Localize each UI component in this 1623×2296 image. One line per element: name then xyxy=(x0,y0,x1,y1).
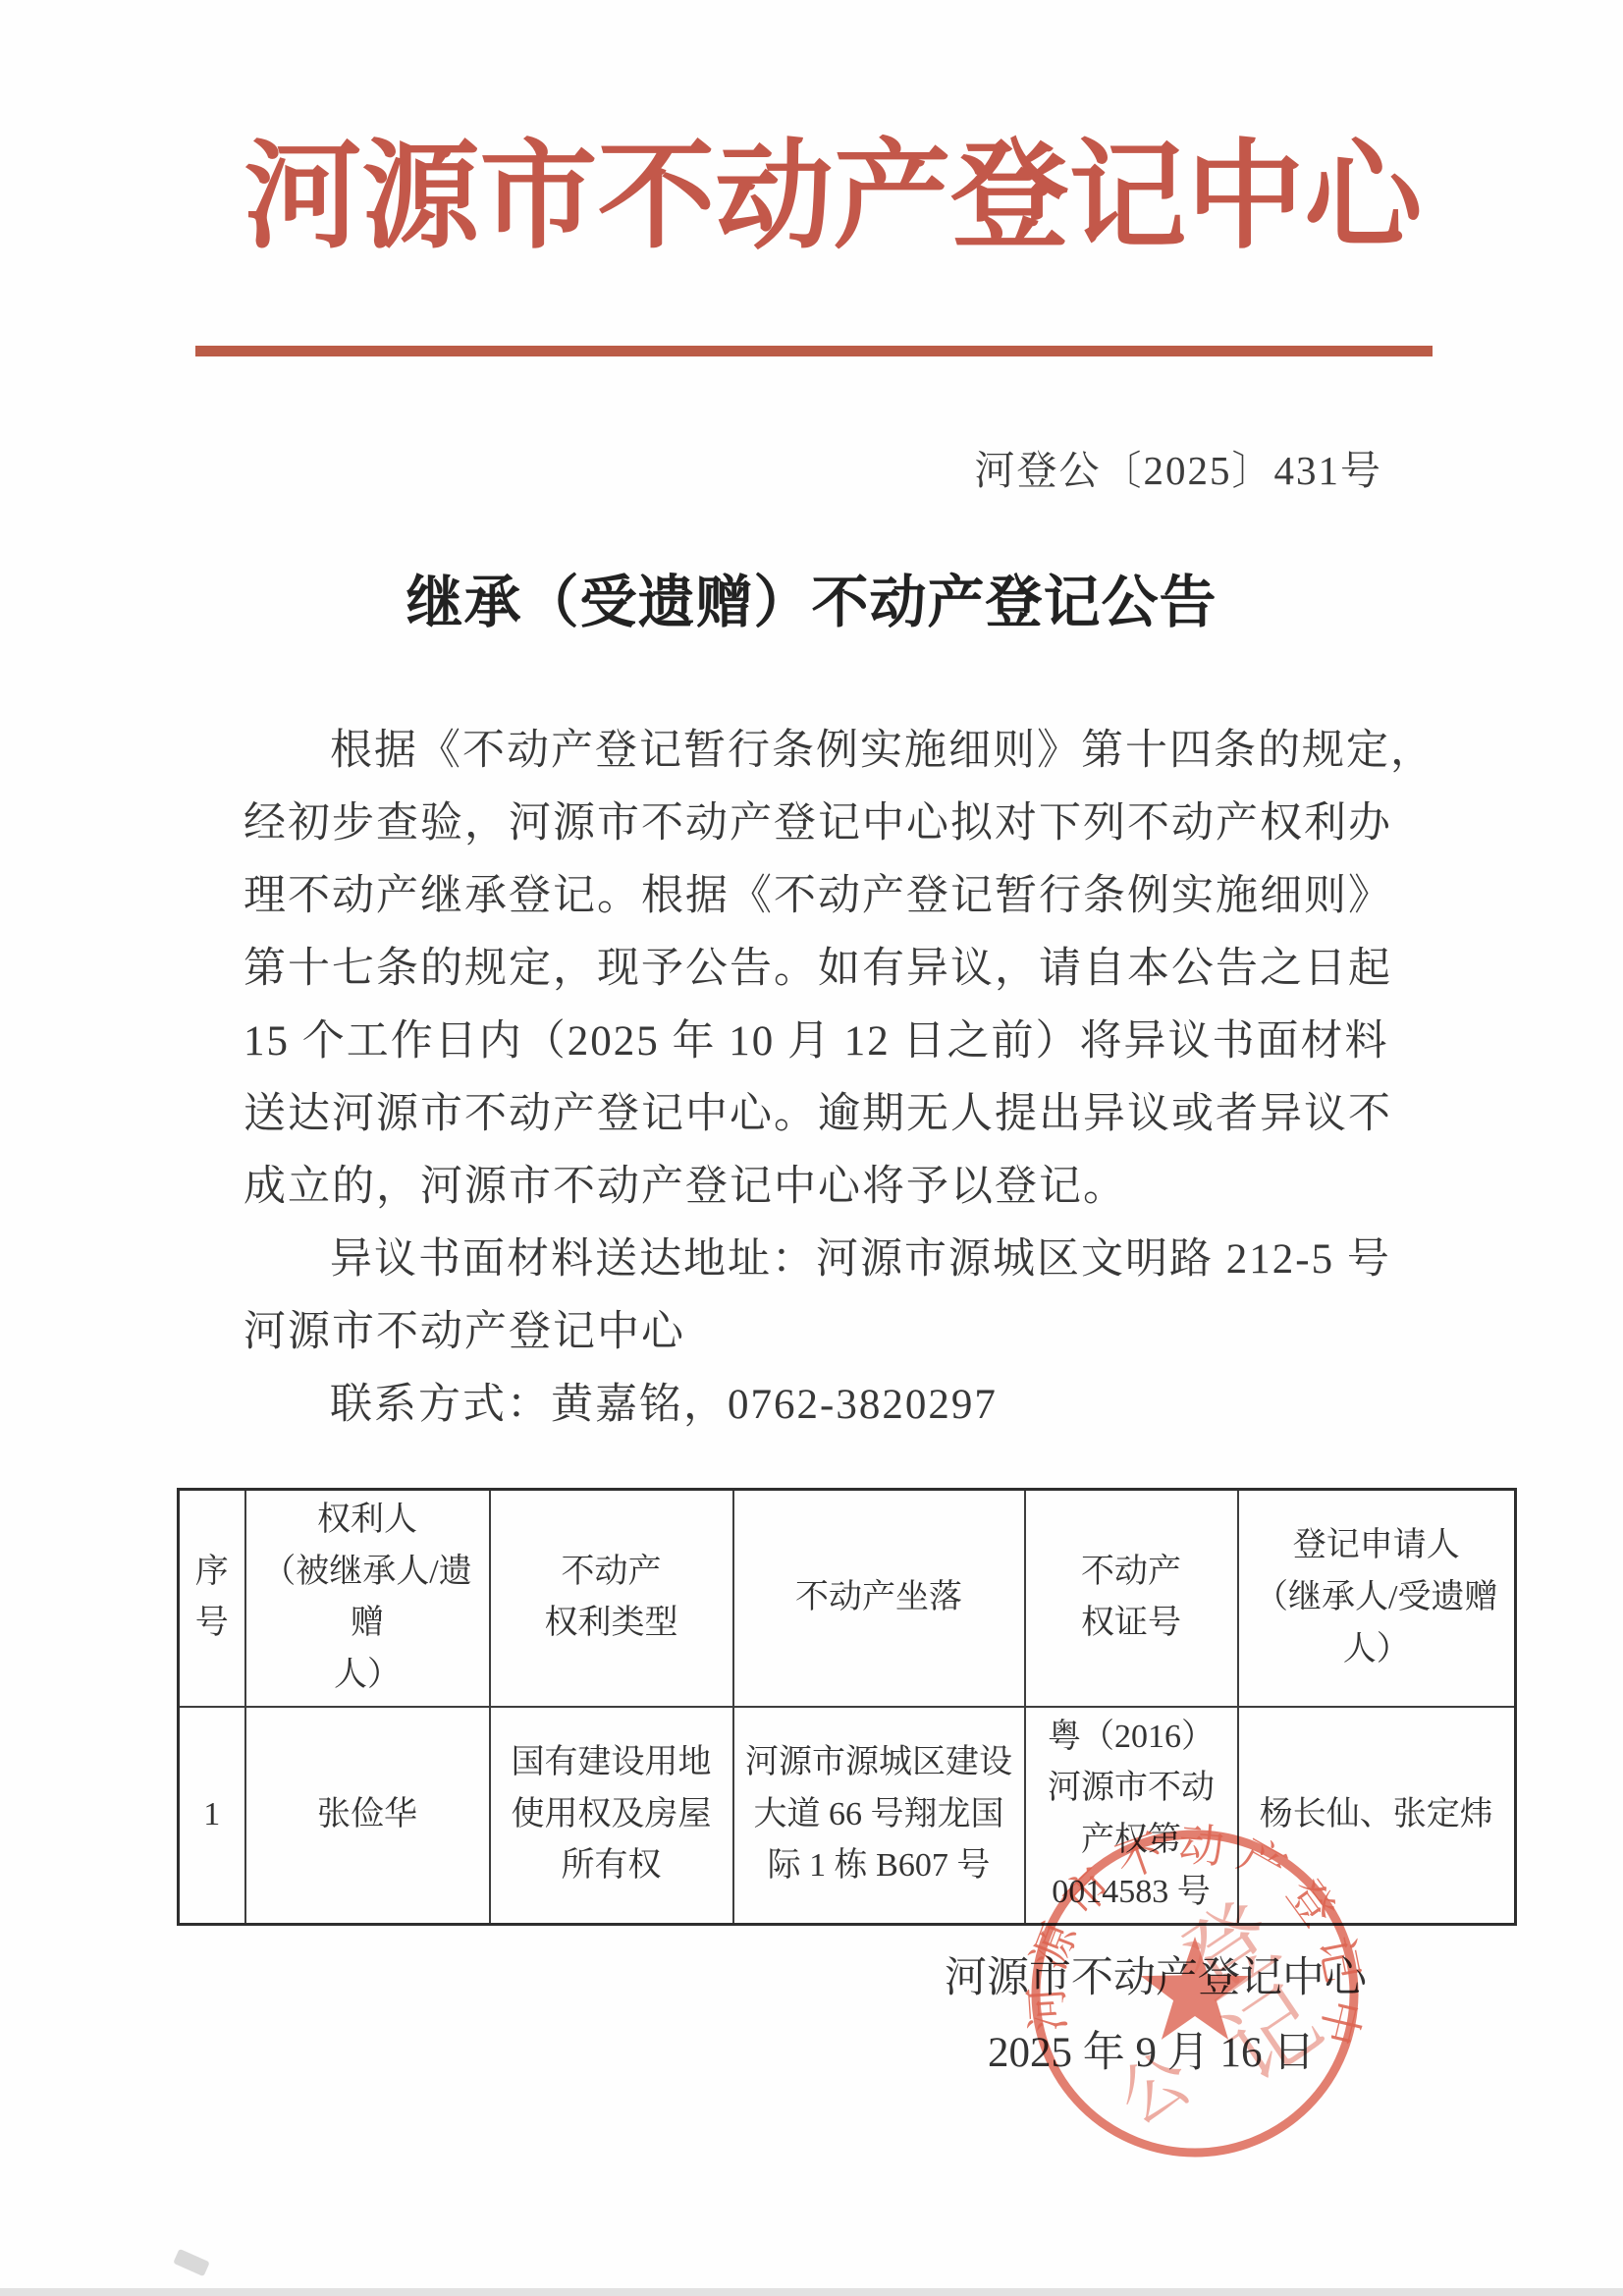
table-header-row: 序号 权利人 （被继承人/遗赠 人） 不动产 权利类型 不动产坐落 不动产 权证… xyxy=(179,1490,1516,1707)
cell-seq: 1 xyxy=(179,1707,245,1924)
table-row: 1 张俭华 国有建设用地 使用权及房屋 所有权 河源市源城区建设 大道 66 号… xyxy=(179,1707,1516,1924)
table-header-location: 不动产坐落 xyxy=(733,1490,1025,1707)
body-line: 理不动产继承登记。根据《不动产登记暂行条例实施细则》 xyxy=(243,860,1392,933)
letterhead-title: 河源市不动产登记中心 xyxy=(22,136,1623,259)
table-header-right-holder: 权利人 （被继承人/遗赠 人） xyxy=(245,1490,490,1707)
table-header-seq: 序号 xyxy=(179,1490,245,1707)
cell-cert-no: 粤（2016） 河源市不动 产权第 0014583 号 xyxy=(1025,1707,1238,1924)
cell-location: 河源市源城区建设 大道 66 号翔龙国 际 1 栋 B607 号 xyxy=(733,1707,1025,1924)
document-page: 河源市不动产登记中心 河登公〔2025〕431号 继承（受遗赠）不动产登记公告 … xyxy=(0,0,1623,2296)
cell-right-type: 国有建设用地 使用权及房屋 所有权 xyxy=(490,1707,733,1924)
body-line: 第十七条的规定，现予公告。如有异议，请自本公告之日起 xyxy=(243,933,1392,1006)
notice-title: 继承（受遗赠）不动产登记公告 xyxy=(0,556,1623,638)
body-line: 联系方式：黄嘉铭，0762-3820297 xyxy=(243,1369,1392,1442)
body-line: 异议书面材料送达地址：河源市源城区文明路 212-5 号 xyxy=(243,1224,1392,1296)
body-line: 15 个工作日内（2025 年 10 月 12 日之前）将异议书面材料 xyxy=(243,1006,1392,1078)
table-header-right-type: 不动产 权利类型 xyxy=(490,1490,733,1707)
body-line: 经初步查验，河源市不动产登记中心拟对下列不动产权利办 xyxy=(243,788,1392,860)
table-header-cert-no: 不动产 权证号 xyxy=(1025,1490,1238,1707)
cell-applicant: 杨长仙、张定炜 xyxy=(1238,1707,1516,1924)
cell-right-holder: 张俭华 xyxy=(245,1707,490,1924)
signature-date: 2025 年 9 月 16 日 xyxy=(988,2019,1315,2079)
table-header-applicant: 登记申请人 （继承人/受遗赠人） xyxy=(1238,1490,1516,1707)
body-line: 根据《不动产登记暂行条例实施细则》第十四条的规定， xyxy=(243,715,1392,788)
registration-table: 序号 权利人 （被继承人/遗赠 人） 不动产 权利类型 不动产坐落 不动产 权证… xyxy=(177,1488,1517,1926)
doc-number: 河登公〔2025〕431号 xyxy=(975,438,1383,496)
body-line: 河源市不动产登记中心 xyxy=(243,1296,1392,1369)
body-line: 送达河源市不动产登记中心。逾期无人提出异议或者异议不 xyxy=(243,1078,1392,1151)
scan-smudge xyxy=(173,2249,210,2276)
scan-bottom-edge xyxy=(0,2288,1623,2296)
letterhead-rule xyxy=(195,346,1433,356)
body-line: 成立的，河源市不动产登记中心将予以登记。 xyxy=(243,1151,1392,1224)
signature-org: 河源市不动产登记中心 xyxy=(945,1944,1367,2004)
body-paragraph: 根据《不动产登记暂行条例实施细则》第十四条的规定， 经初步查验，河源市不动产登记… xyxy=(243,715,1392,1442)
